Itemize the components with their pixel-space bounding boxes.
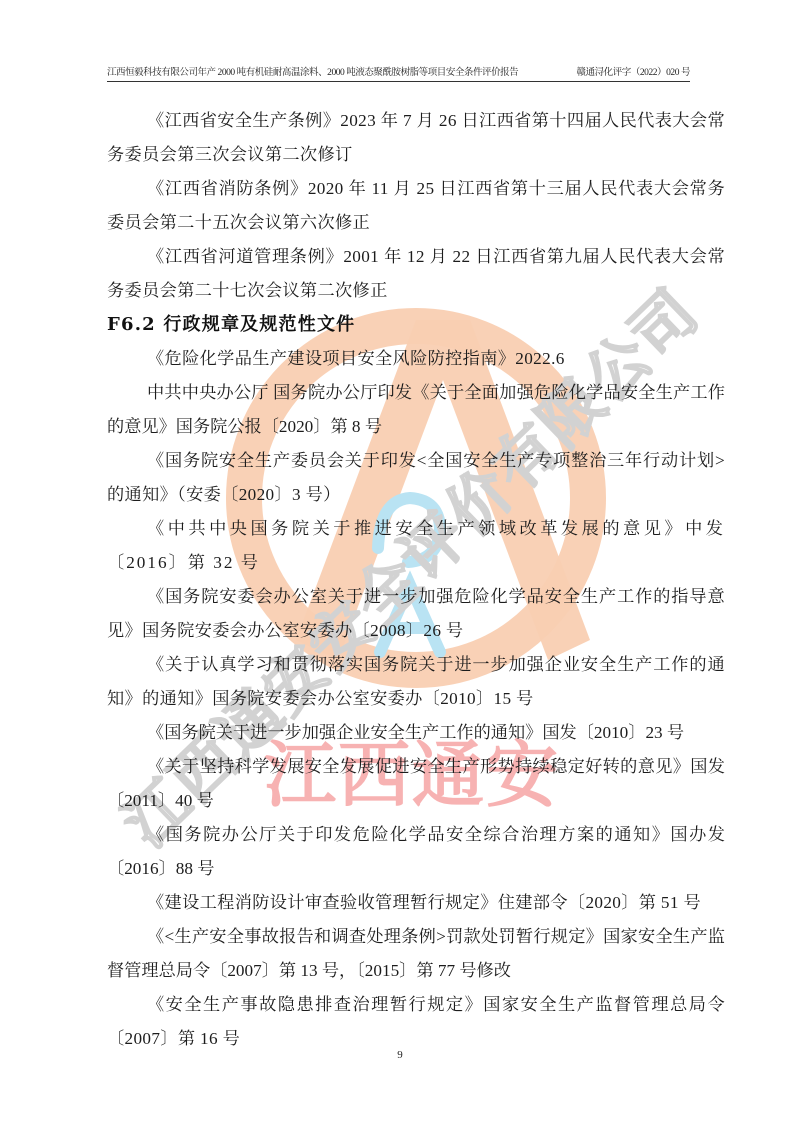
regulation-item: 《国务院安全生产委员会关于印发<全国安全生产专项整治三年行动计划>的通知》（安委…: [107, 444, 725, 512]
regulation-item: 《国务院办公厅关于印发危险化学品安全综合治理方案的通知》国办发〔2016〕88 …: [107, 818, 725, 886]
regulation-item: 《江西省安全生产条例》2023 年 7 月 26 日江西省第十四届人民代表大会常…: [107, 104, 725, 172]
regulation-item: 《<生产安全事故报告和调查处理条例>罚款处罚暂行规定》国家安全生产监督管理总局令…: [107, 920, 725, 988]
regulation-item: 《国务院关于进一步加强企业安全生产工作的通知》国发〔2010〕23 号: [107, 716, 725, 750]
header-report-title: 江西恒毅科技有限公司年产 2000 吨有机硅耐高温涂料、2000 吨液态聚酰胺树…: [107, 66, 518, 80]
regulation-item: 《江西省河道管理条例》2001 年 12 月 22 日江西省第九届人民代表大会常…: [107, 240, 725, 308]
regulation-item: 《关于认真学习和贯彻落实国务院关于进一步加强企业安全生产工作的通知》的通知》国务…: [107, 648, 725, 716]
document-page: 江西通安安全评价有限公司 江西通安 江西恒毅科技有限公司年产 2000 吨有机硅…: [0, 0, 800, 1131]
document-body: 《江西省安全生产条例》2023 年 7 月 26 日江西省第十四届人民代表大会常…: [107, 104, 725, 1056]
header-report-number: 赣通浔化评字（2022）020 号: [577, 66, 690, 80]
page-number: 9: [0, 1049, 800, 1061]
regulation-item: 《危险化学品生产建设项目安全风险防控指南》2022.6: [107, 342, 725, 376]
regulation-item: 《建设工程消防设计审查验收管理暂行规定》住建部令〔2020〕第 51 号: [107, 886, 725, 920]
section-heading: F6.2 行政规章及规范性文件: [107, 308, 725, 342]
regulation-item: 《安全生产事故隐患排查治理暂行规定》国家安全生产监督管理总局令〔2007〕第 1…: [107, 988, 725, 1056]
regulation-item: 《关于坚持科学发展安全发展促进安全生产形势持续稳定好转的意见》国发〔2011〕4…: [107, 750, 725, 818]
regulation-item: 《中共中央国务院关于推进安全生产领域改革发展的意见》中发〔2016〕第 32 号: [107, 512, 725, 580]
regulation-item: 《江西省消防条例》2020 年 11 月 25 日江西省第十三届人民代表大会常务…: [107, 172, 725, 240]
regulation-item: 《国务院安委会办公室关于进一步加强危险化学品安全生产工作的指导意见》国务院安委会…: [107, 580, 725, 648]
running-header: 江西恒毅科技有限公司年产 2000 吨有机硅耐高温涂料、2000 吨液态聚酰胺树…: [107, 66, 690, 82]
regulation-item: 中共中央办公厅 国务院办公厅印发《关于全面加强危险化学品安全生产工作的意见》国务…: [107, 376, 725, 444]
